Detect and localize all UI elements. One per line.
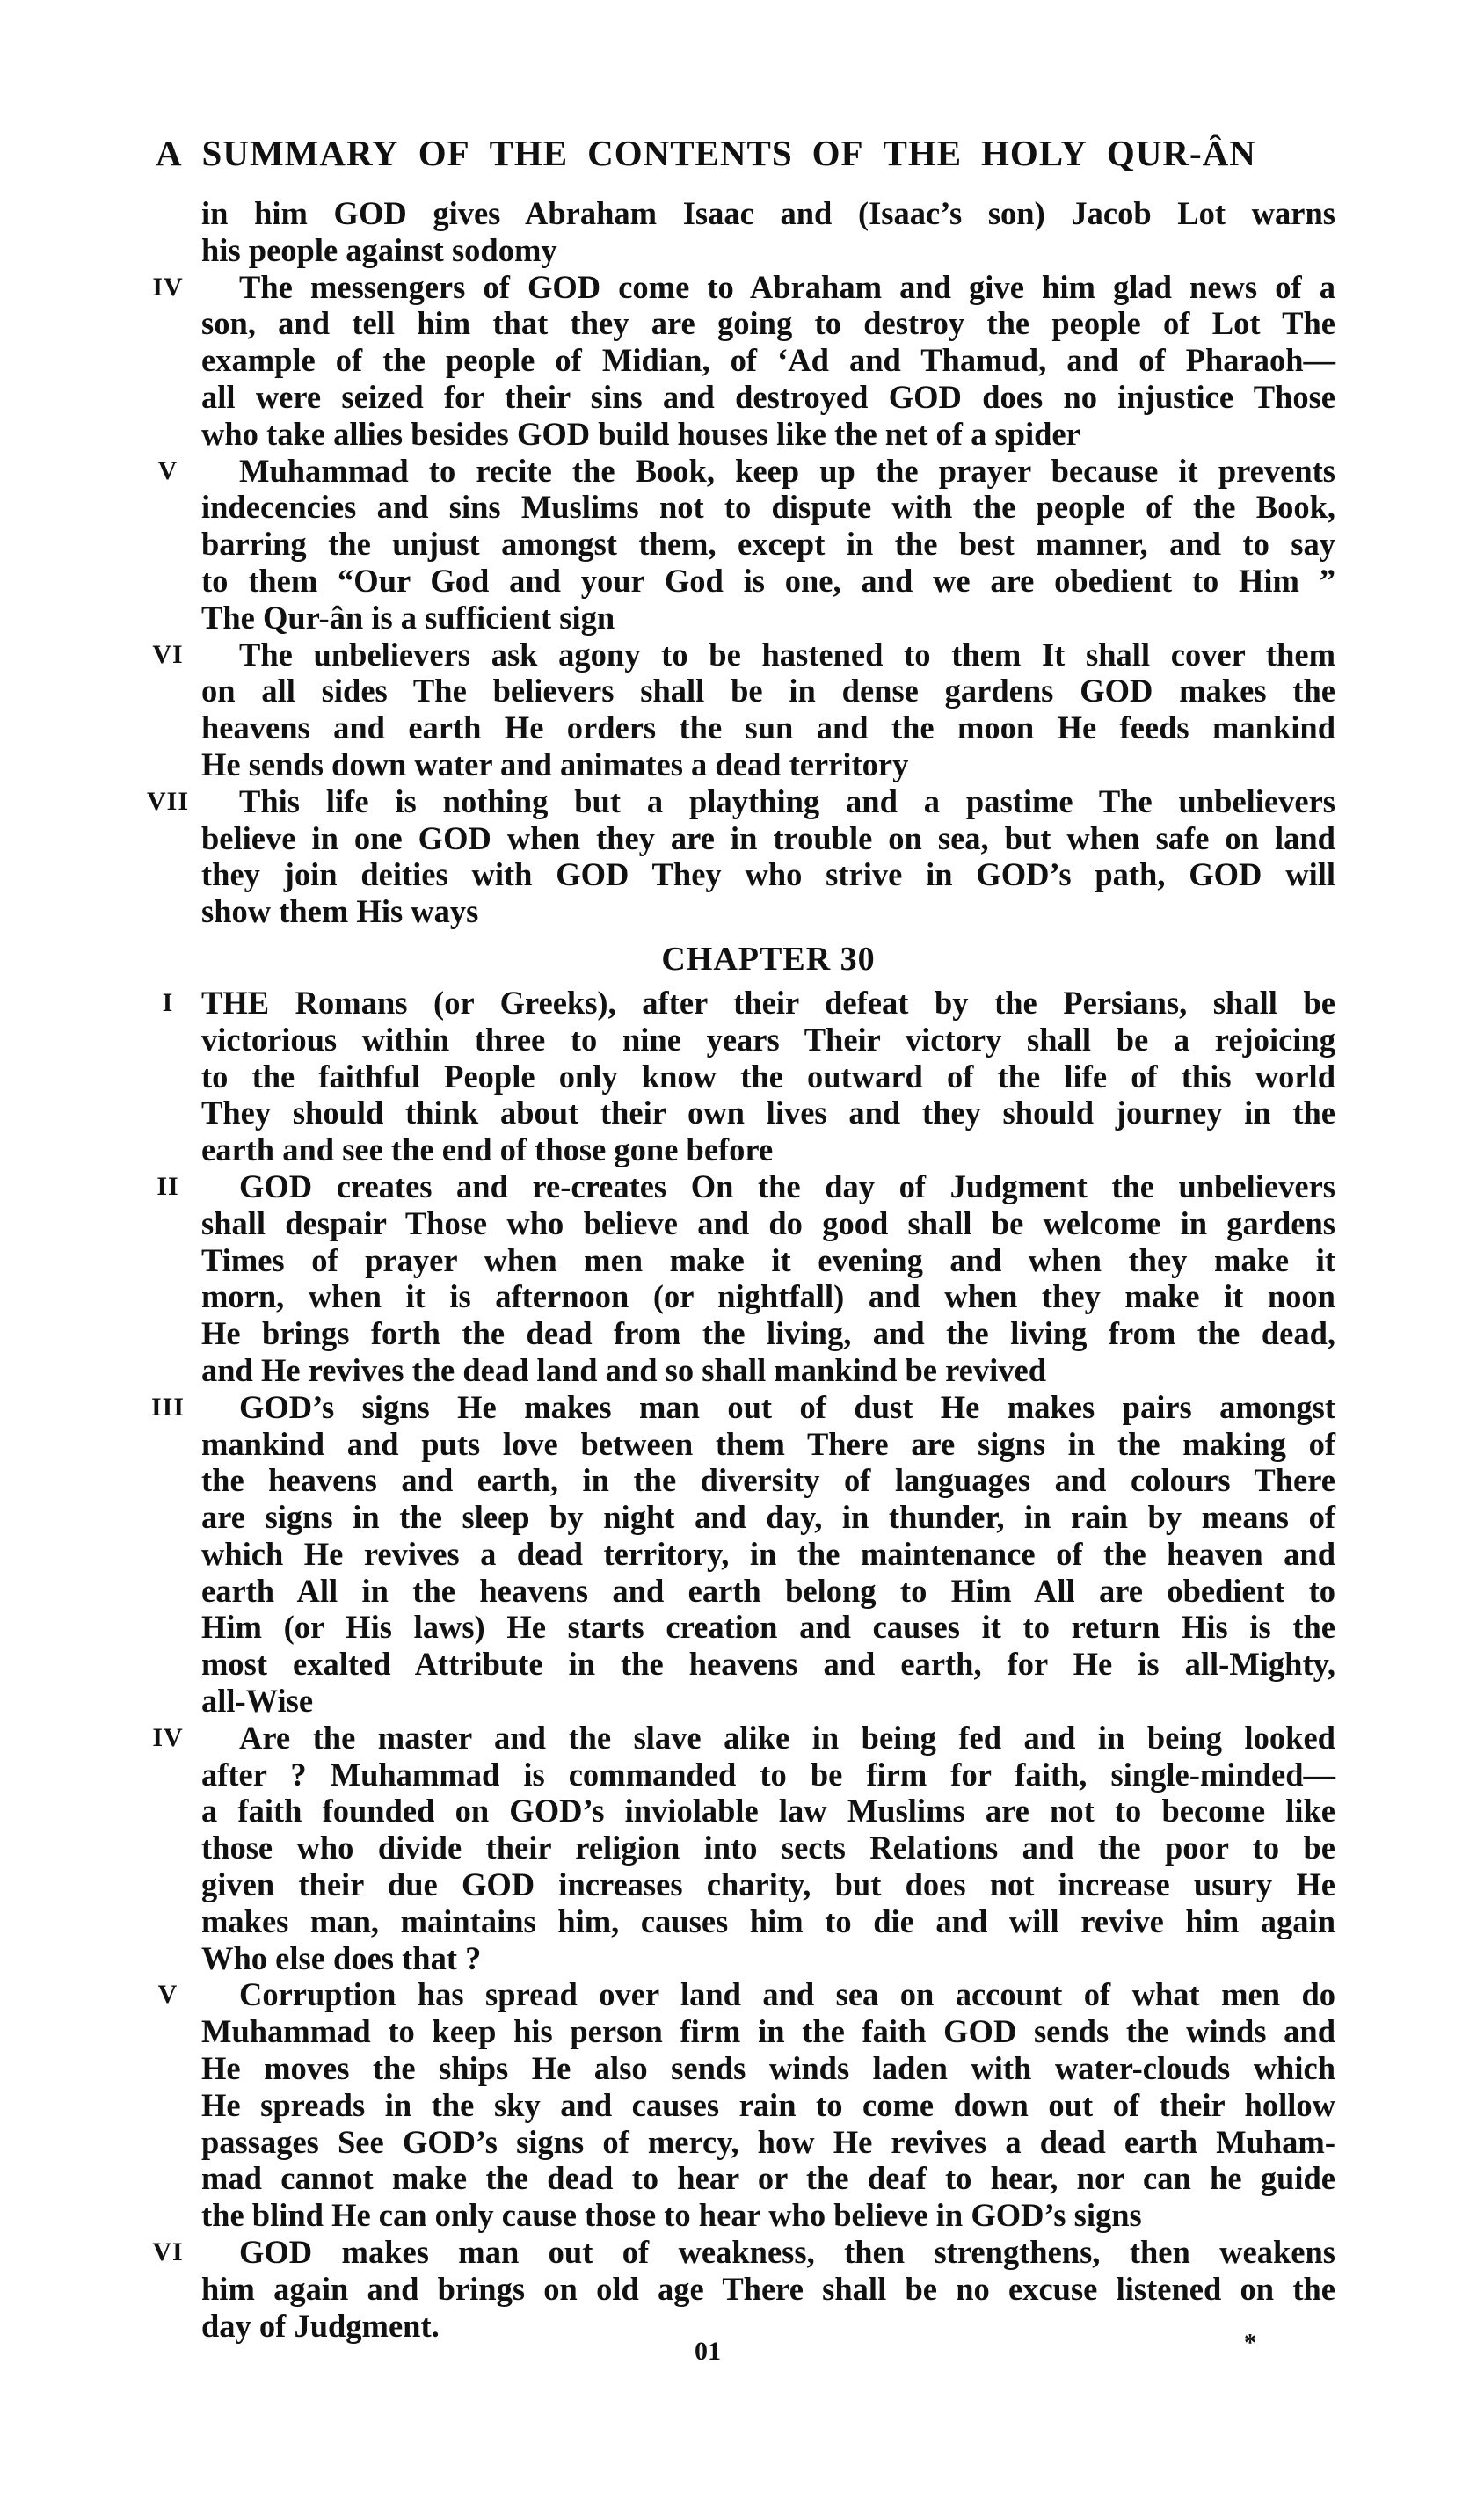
line-text: show them His ways <box>201 893 1335 930</box>
text-line: all were seized for their sins and destr… <box>0 379 1484 416</box>
text-line: IIIGOD’s signs He makes man out of dust … <box>0 1389 1484 1426</box>
text-line: IVAre the master and the slave alike in … <box>0 1720 1484 1757</box>
text-line: earth and see the end of those gone befo… <box>0 1131 1484 1168</box>
line-text: THE Romans (or Greeks), after their defe… <box>201 985 1335 1022</box>
text-line: and He revives the dead land and so shal… <box>0 1352 1484 1389</box>
line-text: heavens and earth He orders the sun and … <box>201 709 1335 746</box>
line-text: who take allies besides GOD build houses… <box>201 416 1335 453</box>
section-numeral: VI <box>145 2234 191 2271</box>
text-line: Who else does that ? <box>0 1940 1484 1977</box>
line-text: most exalted Attribute in the heavens an… <box>201 1646 1335 1683</box>
text-line: He brings forth the dead from the living… <box>0 1315 1484 1352</box>
text-line: He spreads in the sky and causes rain to… <box>0 2087 1484 2124</box>
chapter-heading: CHAPTER 30 <box>0 934 1484 985</box>
page-signature: 01 <box>695 2337 721 2367</box>
text-line: passages See GOD’s signs of mercy, how H… <box>0 2124 1484 2161</box>
section-numeral: I <box>145 985 191 1022</box>
text-line: the blind He can only cause those to hea… <box>0 2197 1484 2234</box>
line-text: He brings forth the dead from the living… <box>201 1315 1335 1352</box>
line-text: shall despair Those who believe and do g… <box>201 1205 1335 1242</box>
line-text: He moves the ships He also sends winds l… <box>201 2050 1335 2087</box>
line-text: Times of prayer when men make it evening… <box>201 1242 1335 1279</box>
line-text: mad cannot make the dead to hear or the … <box>201 2160 1335 2197</box>
line-text: morn, when it is afternoon (or nightfall… <box>201 1278 1335 1315</box>
text-line: He sends down water and animates a dead … <box>0 746 1484 783</box>
text-line: makes man, maintains him, causes him to … <box>0 1903 1484 1940</box>
text-line: son, and tell him that they are going to… <box>0 305 1484 342</box>
summary-paragraph: VIGOD makes man out of weakness, then st… <box>0 2234 1484 2344</box>
line-text: barring the unjust amongst them, except … <box>201 526 1335 563</box>
text-line: on all sides The believers shall be in d… <box>0 673 1484 709</box>
line-text: GOD creates and re-creates On the day of… <box>239 1168 1335 1205</box>
text-line: victorious within three to nine years Th… <box>0 1022 1484 1058</box>
text-line: VIIThis life is nothing but a plaything … <box>0 783 1484 820</box>
line-text: in him GOD gives Abraham Isaac and (Isaa… <box>201 195 1335 232</box>
line-text: the blind He can only cause those to hea… <box>201 2197 1335 2234</box>
line-text: those who divide their religion into sec… <box>201 1829 1335 1866</box>
line-text: GOD’s signs He makes man out of dust He … <box>239 1389 1335 1426</box>
running-head-word: THE <box>883 132 962 174</box>
text-line: VMuhammad to recite the Book, keep up th… <box>0 453 1484 490</box>
line-text: example of the people of Midian, of ‘Ad … <box>201 342 1335 379</box>
text-line: VCorruption has spread over land and sea… <box>0 1976 1484 2013</box>
text-line: to them “Our God and your God is one, an… <box>0 563 1484 600</box>
summary-paragraph: VIIThis life is nothing but a plaything … <box>0 783 1484 930</box>
line-text: Muhammad to recite the Book, keep up the… <box>239 453 1335 490</box>
printer-mark: * <box>1244 2330 1256 2358</box>
text-line: most exalted Attribute in the heavens an… <box>0 1646 1484 1683</box>
summary-paragraph: IVThe messengers of GOD come to Abraham … <box>0 269 1484 453</box>
text-line: VIGOD makes man out of weakness, then st… <box>0 2234 1484 2271</box>
line-text: Who else does that ? <box>201 1940 1335 1977</box>
line-text: all were seized for their sins and destr… <box>201 379 1335 416</box>
line-text: his people against sodomy <box>201 232 1335 269</box>
line-text: to the faithful People only know the out… <box>201 1058 1335 1095</box>
text-line: after ? Muhammad is commanded to be firm… <box>0 1757 1484 1793</box>
text-line: They should think about their own lives … <box>0 1095 1484 1131</box>
line-text: victorious within three to nine years Th… <box>201 1022 1335 1058</box>
section-numeral: IV <box>145 269 191 306</box>
text-line: given their due GOD increases charity, b… <box>0 1866 1484 1903</box>
line-text: Him (or His laws) He starts creation and… <box>201 1609 1335 1646</box>
summary-paragraph: IIGOD creates and re-creates On the day … <box>0 1168 1484 1389</box>
text-line: Muhammad to keep his person firm in the … <box>0 2013 1484 2050</box>
line-text: believe in one GOD when they are in trou… <box>201 820 1335 857</box>
line-text: they join deities with GOD They who stri… <box>201 856 1335 893</box>
text-line: in him GOD gives Abraham Isaac and (Isaa… <box>0 195 1484 232</box>
text-line: IIGOD creates and re-creates On the day … <box>0 1168 1484 1205</box>
text-line: example of the people of Midian, of ‘Ad … <box>0 342 1484 379</box>
summary-paragraph: IVAre the master and the slave alike in … <box>0 1720 1484 1977</box>
text-line: all-Wise <box>0 1683 1484 1720</box>
text-line: to the faithful People only know the out… <box>0 1058 1484 1095</box>
text-line: shall despair Those who believe and do g… <box>0 1205 1484 1242</box>
running-head-word: QUR-ÂN <box>1107 132 1256 174</box>
line-text: passages See GOD’s signs of mercy, how H… <box>201 2124 1335 2161</box>
text-line: those who divide their religion into sec… <box>0 1829 1484 1866</box>
text-line: his people against sodomy <box>0 232 1484 269</box>
text-line: Times of prayer when men make it evening… <box>0 1242 1484 1279</box>
running-head-word: HOLY <box>981 132 1088 174</box>
text-line: VIThe unbelievers ask agony to be hasten… <box>0 636 1484 673</box>
text-line: Him (or His laws) He starts creation and… <box>0 1609 1484 1646</box>
line-text: all-Wise <box>201 1683 1335 1720</box>
line-text: after ? Muhammad is commanded to be firm… <box>201 1757 1335 1793</box>
line-text: given their due GOD increases charity, b… <box>201 1866 1335 1903</box>
running-head-word: OF <box>812 132 864 174</box>
line-text: earth and see the end of those gone befo… <box>201 1131 1335 1168</box>
book-page: ASUMMARYOFTHECONTENTSOFTHEHOLYQUR-ÂN in … <box>0 0 1484 2495</box>
section-numeral: III <box>145 1389 191 1426</box>
line-text: the heavens and earth, in the diversity … <box>201 1462 1335 1499</box>
line-text: earth All in the heavens and earth belon… <box>201 1573 1335 1610</box>
section-numeral: II <box>145 1168 191 1205</box>
summary-paragraph: in him GOD gives Abraham Isaac and (Isaa… <box>0 195 1484 269</box>
line-text: are signs in the sleep by night and day,… <box>201 1499 1335 1536</box>
section-numeral: IV <box>145 1720 191 1757</box>
line-text: Are the master and the slave alike in be… <box>239 1720 1335 1757</box>
line-text: indecencies and sins Muslims not to disp… <box>201 489 1335 526</box>
line-text: This life is nothing but a plaything and… <box>239 783 1335 820</box>
line-text: He sends down water and animates a dead … <box>201 746 1335 783</box>
line-text: He spreads in the sky and causes rain to… <box>201 2087 1335 2124</box>
summary-paragraph: VIThe unbelievers ask agony to be hasten… <box>0 636 1484 783</box>
line-text: The unbelievers ask agony to be hastened… <box>239 636 1335 673</box>
text-line: IVThe messengers of GOD come to Abraham … <box>0 269 1484 306</box>
text-line: the heavens and earth, in the diversity … <box>0 1462 1484 1499</box>
text-line: are signs in the sleep by night and day,… <box>0 1499 1484 1536</box>
text-line: He moves the ships He also sends winds l… <box>0 2050 1484 2087</box>
text-line: a faith founded on GOD’s inviolable law … <box>0 1793 1484 1829</box>
text-line: day of Judgment. <box>0 2308 1484 2345</box>
line-text: The Qur-ân is a sufficient sign <box>201 600 1335 636</box>
text-line: mankind and puts love between them There… <box>0 1426 1484 1463</box>
text-line: indecencies and sins Muslims not to disp… <box>0 489 1484 526</box>
running-head-word: CONTENTS <box>587 132 793 174</box>
line-text: mankind and puts love between them There… <box>201 1426 1335 1463</box>
running-head-word: THE <box>490 132 569 174</box>
running-head: ASUMMARYOFTHECONTENTSOFTHEHOLYQUR-ÂN <box>156 132 1256 174</box>
text-line: which He revives a dead territory, in th… <box>0 1536 1484 1573</box>
section-numeral: V <box>145 1976 191 2013</box>
running-head-word: A <box>156 132 183 174</box>
text-line: earth All in the heavens and earth belon… <box>0 1573 1484 1610</box>
section-numeral: VI <box>145 636 191 673</box>
line-text: son, and tell him that they are going to… <box>201 305 1335 342</box>
section-numeral: V <box>145 453 191 490</box>
text-line: morn, when it is afternoon (or nightfall… <box>0 1278 1484 1315</box>
text-line: heavens and earth He orders the sun and … <box>0 709 1484 746</box>
text-line: believe in one GOD when they are in trou… <box>0 820 1484 857</box>
summary-paragraph: VMuhammad to recite the Book, keep up th… <box>0 453 1484 636</box>
line-text: GOD makes man out of weakness, then stre… <box>239 2234 1335 2271</box>
text-line: him again and brings on old age There sh… <box>0 2271 1484 2308</box>
running-head-word: OF <box>418 132 470 174</box>
line-text: day of Judgment. <box>201 2308 1335 2345</box>
summary-paragraph: ITHE Romans (or Greeks), after their def… <box>0 985 1484 1168</box>
summary-paragraph: VCorruption has spread over land and sea… <box>0 1976 1484 2234</box>
line-text: to them “Our God and your God is one, an… <box>201 563 1335 600</box>
text-line: The Qur-ân is a sufficient sign <box>0 600 1484 636</box>
summary-paragraph: IIIGOD’s signs He makes man out of dust … <box>0 1389 1484 1720</box>
line-text: Corruption has spread over land and sea … <box>239 1976 1335 2013</box>
page-body: in him GOD gives Abraham Isaac and (Isaa… <box>0 195 1484 2344</box>
line-text: Muhammad to keep his person firm in the … <box>201 2013 1335 2050</box>
text-line: mad cannot make the dead to hear or the … <box>0 2160 1484 2197</box>
text-line: they join deities with GOD They who stri… <box>0 856 1484 893</box>
text-line: ITHE Romans (or Greeks), after their def… <box>0 985 1484 1022</box>
line-text: a faith founded on GOD’s inviolable law … <box>201 1793 1335 1829</box>
running-head-word: SUMMARY <box>202 132 399 174</box>
line-text: The messengers of GOD come to Abraham an… <box>239 269 1335 306</box>
line-text: which He revives a dead territory, in th… <box>201 1536 1335 1573</box>
line-text: him again and brings on old age There sh… <box>201 2271 1335 2308</box>
text-line: show them His ways <box>0 893 1484 930</box>
line-text: and He revives the dead land and so shal… <box>201 1352 1335 1389</box>
line-text: They should think about their own lives … <box>201 1095 1335 1131</box>
text-line: who take allies besides GOD build houses… <box>0 416 1484 453</box>
line-text: makes man, maintains him, causes him to … <box>201 1903 1335 1940</box>
section-numeral: VII <box>145 783 191 820</box>
line-text: on all sides The believers shall be in d… <box>201 673 1335 709</box>
text-line: barring the unjust amongst them, except … <box>0 526 1484 563</box>
